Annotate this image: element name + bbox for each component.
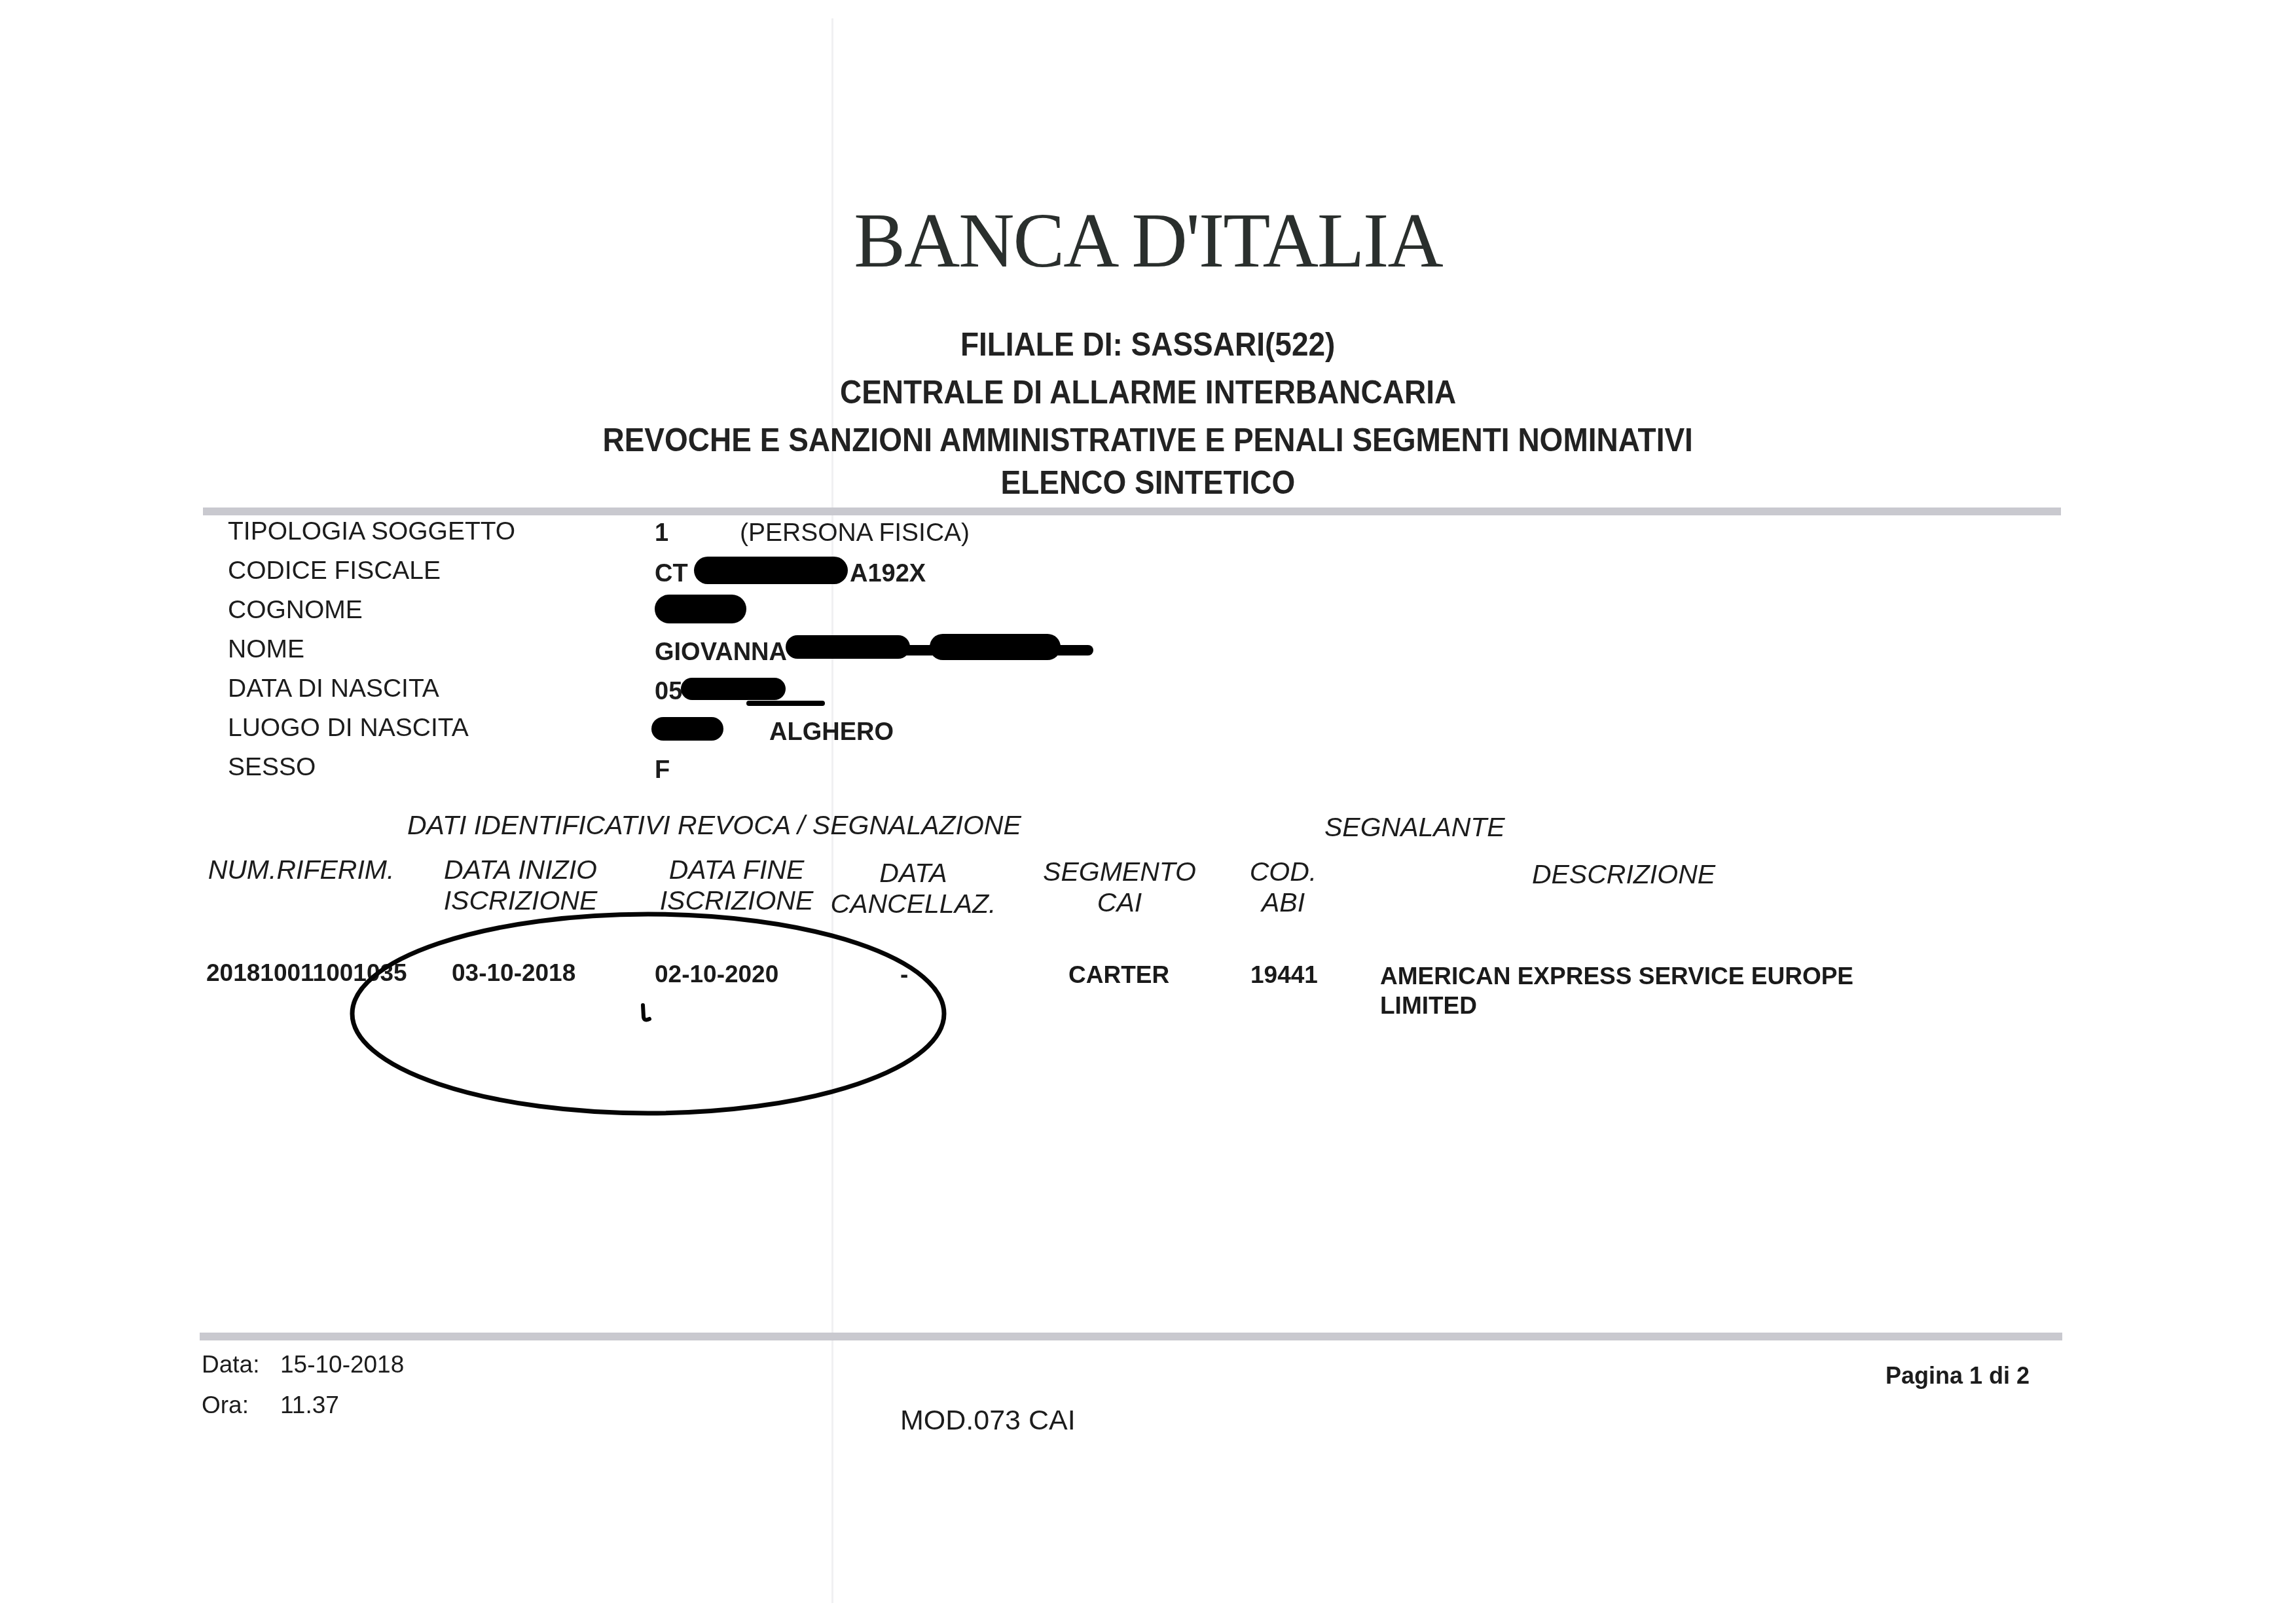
footer-ora-label: Ora:	[202, 1392, 249, 1419]
footer-ora-value: 11.37	[280, 1392, 339, 1419]
bottom-divider	[200, 1333, 2062, 1340]
footer-data-label: Data:	[202, 1351, 259, 1378]
footer-page-number: Pagina 1 di 2	[1886, 1362, 2030, 1390]
footer-model-code: MOD.073 CAI	[900, 1405, 1076, 1437]
footer-data-value: 15-10-2018	[280, 1351, 404, 1378]
